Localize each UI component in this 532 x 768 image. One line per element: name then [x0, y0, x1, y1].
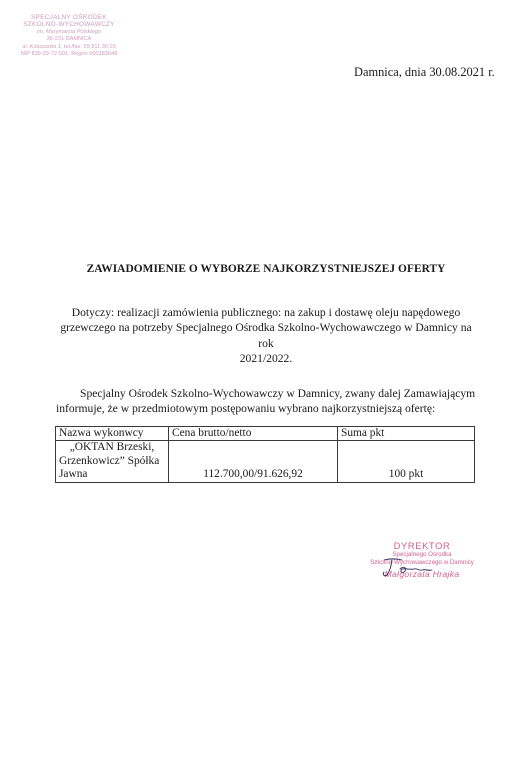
subject-line: grzewczego na potrzeby Specjalnego Ośrod… [56, 320, 476, 351]
school-stamp-line: SZKOLNO-WYCHOWAWCZY [14, 21, 124, 28]
school-stamp-line: NIP 839-29-72-501, Regon 000183048 [14, 51, 124, 58]
points-cell: 100 pkt [338, 441, 475, 483]
school-stamp-line: im. Marymarcia Polskiego [14, 29, 124, 36]
subject-line: 2021/2022. [56, 351, 476, 366]
subject-line: Dotyczy: realizacji zamówienia publiczne… [56, 305, 476, 320]
table-header-row: Nazwa wykonwcy Cena brutto/netto Suma pk… [56, 427, 475, 441]
school-stamp-line: SPECJALNY OŚRODEK [14, 14, 124, 21]
place-and-date: Damnica, dnia 30.08.2021 r. [354, 65, 495, 80]
offers-table: Nazwa wykonwcy Cena brutto/netto Suma pk… [55, 426, 475, 483]
handwritten-signature-icon [378, 556, 448, 578]
info-paragraph: Specjalny Ośrodek Szkolno-Wychowawczy w … [56, 387, 476, 416]
column-header-contractor: Nazwa wykonwcy [56, 427, 169, 441]
column-header-points: Suma pkt [338, 427, 475, 441]
document-title: ZAWIADOMIENIE O WYBORZE NAJKORZYSTNIEJSZ… [0, 263, 532, 275]
info-line: informuje, że w przedmiotowym postępowan… [56, 402, 476, 417]
contractor-name-line: Grzenkowicz” Spółka Jawna [59, 455, 165, 482]
price-cell: 112.700,00/91.626,92 [169, 441, 338, 483]
school-stamp-line: 36-231 DAMNICA [14, 36, 124, 43]
contractor-cell: „OKTAN Brzeski, Grzenkowicz” Spółka Jawn… [56, 441, 169, 483]
school-stamp: SPECJALNY OŚRODEK SZKOLNO-WYCHOWAWCZY im… [14, 14, 124, 58]
subject-paragraph: Dotyczy: realizacji zamówienia publiczne… [56, 305, 476, 367]
director-role: DYREKTOR [352, 541, 492, 551]
table-row: „OKTAN Brzeski, Grzenkowicz” Spółka Jawn… [56, 441, 475, 483]
contractor-name-line: „OKTAN Brzeski, [59, 441, 165, 455]
school-stamp-line: ul. Kościuszki 1, tel./fax: 59 811 30 03 [14, 44, 124, 51]
column-header-price: Cena brutto/netto [169, 427, 338, 441]
info-line: Specjalny Ośrodek Szkolno-Wychowawczy w … [56, 387, 476, 402]
